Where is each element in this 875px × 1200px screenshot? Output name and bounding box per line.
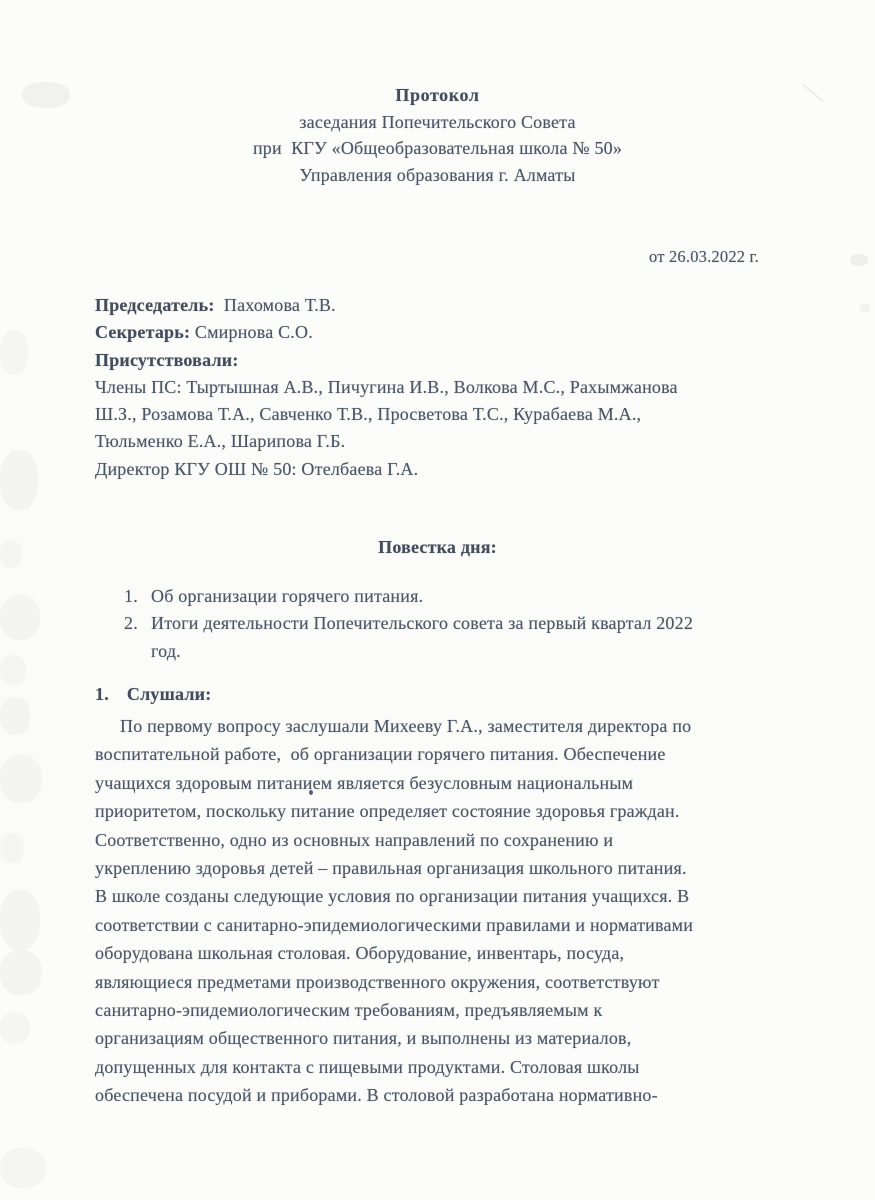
members-line: Тюльменко Е.А., Шарипова Г.Б.	[95, 428, 678, 455]
body-line: учащихся здоровым питанием является безу…	[95, 769, 693, 797]
body-line: допущенных для контакта с пищевыми проду…	[95, 1053, 693, 1081]
body-line: соответствии с санитарно-эпидемиологичес…	[95, 911, 693, 939]
scan-artifact	[0, 890, 40, 950]
agenda-item-number: 2.	[124, 610, 151, 665]
scan-artifact	[860, 303, 870, 313]
director-line: Директор КГУ ОШ № 50: Отелбаева Г.А.	[95, 456, 678, 483]
scan-artifact	[0, 1012, 30, 1044]
header-subtitle-1: заседания Попечительского Совета	[0, 109, 875, 136]
members-line: Ш.З., Розамова Т.А., Савченко Т.В., Прос…	[95, 401, 678, 428]
attended-label: Присутствовали:	[95, 347, 678, 374]
header-subtitle-3: Управления образования г. Алматы	[0, 162, 875, 189]
header-subtitle-2: при КГУ «Общеобразовательная школа № 50»	[0, 135, 875, 162]
scan-artifact	[0, 950, 42, 995]
scan-artifact	[0, 755, 42, 803]
document-header: Протокол заседания Попечительского Совет…	[0, 82, 875, 188]
agenda-item-line: Итоги деятельности Попечительского совет…	[151, 610, 693, 637]
members-line: Члены ПС: Тыртышная А.В., Пичугина И.В.,…	[95, 374, 678, 401]
agenda-item-text: Об организации горячего питания.	[151, 583, 423, 610]
secretary-label: Секретарь:	[95, 322, 195, 342]
scan-artifact	[0, 655, 26, 685]
scan-artifact	[0, 595, 40, 640]
scan-artifact	[850, 254, 868, 266]
agenda-item-text: Итоги деятельности Попечительского совет…	[151, 610, 693, 665]
scan-artifact	[0, 1148, 46, 1188]
body-line: приоритетом, поскольку питание определяе…	[95, 797, 693, 825]
agenda-item: 2. Итоги деятельности Попечительского со…	[124, 610, 693, 665]
secretary-name: Смирнова С.О.	[195, 322, 313, 342]
section-title: Слушали:	[127, 684, 212, 704]
body-line: В школе созданы следующие условия по орг…	[95, 882, 693, 910]
chairman-label: Председатель:	[95, 295, 224, 315]
document-date: от 26.03.2022 г.	[649, 247, 759, 267]
body-line: обеспечена посудой и приборами. В столов…	[95, 1081, 693, 1109]
scan-artifact	[0, 450, 38, 510]
chairman-line: Председатель: Пахомова Т.В.	[95, 292, 678, 319]
document-page: Протокол заседания Попечительского Совет…	[0, 0, 875, 1200]
body-line: Соответственно, одно из основных направл…	[95, 826, 693, 854]
scan-artifact	[0, 330, 28, 375]
secretary-line: Секретарь: Смирнова С.О.	[95, 319, 678, 346]
agenda-item: 1. Об организации горячего питания.	[124, 583, 693, 610]
agenda-item-number: 1.	[124, 583, 151, 610]
section-body: По первому вопросу заслушали Михееву Г.А…	[95, 712, 693, 1110]
scan-artifact	[0, 833, 24, 863]
body-line: являющиеся предметами производственного …	[95, 968, 693, 996]
document-title: Протокол	[0, 82, 875, 109]
body-line: воспитательной работе, об организации го…	[95, 740, 693, 768]
meeting-info: Председатель: Пахомова Т.В. Секретарь: С…	[95, 292, 678, 483]
body-line: оборудована школьная столовая. Оборудова…	[95, 939, 693, 967]
body-line: организациям общественного питания, и вы…	[95, 1024, 693, 1052]
body-line: По первому вопросу заслушали Михееву Г.А…	[95, 712, 693, 740]
agenda-item-line: Об организации горячего питания.	[151, 583, 423, 610]
section-heading: 1.Слушали:	[95, 684, 211, 705]
body-line: санитарно-эпидемиологическим требованиям…	[95, 996, 693, 1024]
chairman-name: Пахомова Т.В.	[224, 295, 336, 315]
agenda-heading: Повестка дня:	[0, 537, 875, 558]
agenda-item-line: год.	[151, 638, 693, 665]
scan-artifact	[0, 697, 30, 735]
body-line: укреплению здоровья детей – правильная о…	[95, 854, 693, 882]
agenda-list: 1. Об организации горячего питания. 2. И…	[124, 583, 693, 665]
section-number: 1.	[95, 684, 109, 705]
